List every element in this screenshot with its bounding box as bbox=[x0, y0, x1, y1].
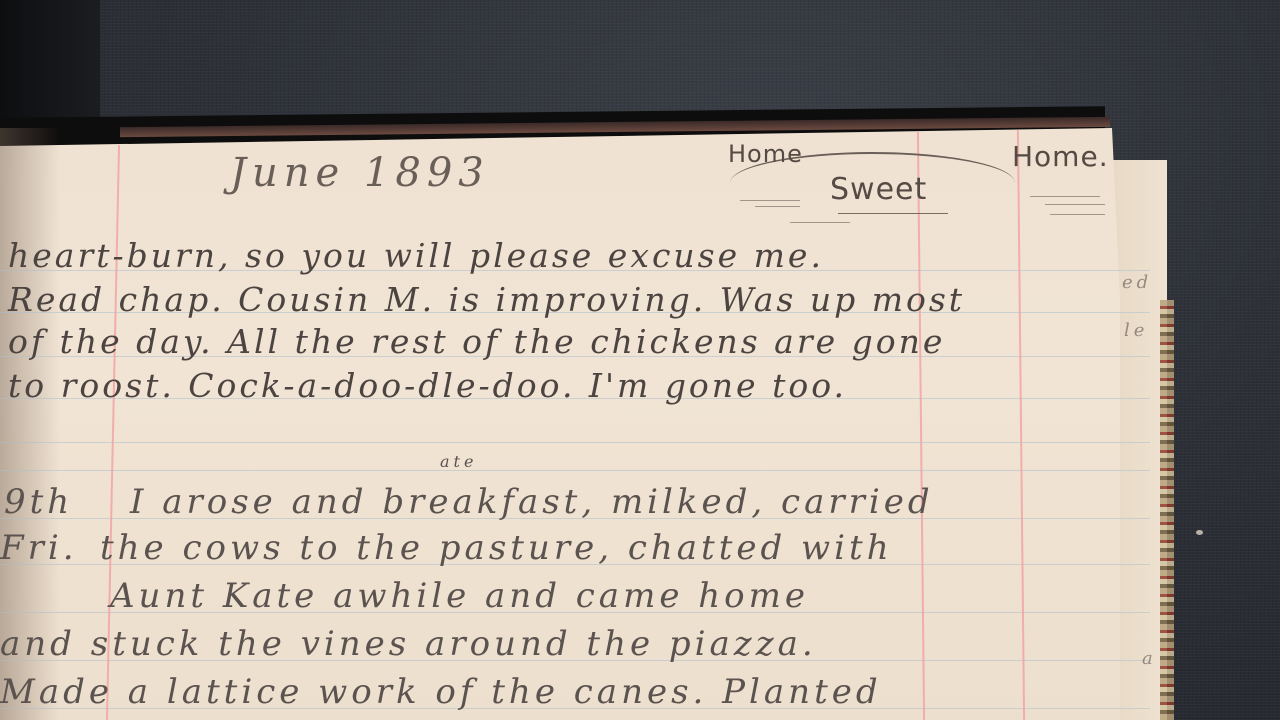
banner-hatching bbox=[790, 222, 850, 223]
diary-line: Read chap. Cousin M. is improving. Was u… bbox=[8, 280, 965, 319]
diary-line: of the day. All the rest of the chickens… bbox=[8, 322, 945, 361]
banner-sweet: Sweet bbox=[830, 172, 927, 207]
ruled-line bbox=[0, 442, 1150, 443]
dust-speck bbox=[1196, 530, 1203, 535]
interlinear-insertion: ate bbox=[440, 452, 477, 471]
facing-page-fragment: le bbox=[1124, 320, 1148, 341]
banner-hatching bbox=[1045, 204, 1105, 205]
diary-line: and stuck the vines around the piazza. bbox=[0, 624, 817, 664]
ruled-line bbox=[0, 470, 1150, 471]
banner-home-right: Home. bbox=[1012, 140, 1109, 173]
banner-hatching bbox=[755, 206, 800, 207]
weekday-label: Fri. bbox=[0, 528, 78, 568]
sweet-underline bbox=[838, 213, 948, 214]
facing-page-fragment: a bbox=[1142, 648, 1157, 669]
diary-line: to roost. Cock-a-doo-dle-doo. I'm gone t… bbox=[8, 366, 847, 405]
banner-hatching bbox=[1050, 214, 1105, 215]
banner-home-left: Home bbox=[728, 140, 803, 168]
facing-page-fragment: ed bbox=[1122, 272, 1152, 293]
entry-date: June 1893 bbox=[230, 150, 490, 196]
marbled-page-edge bbox=[1160, 300, 1174, 720]
diary-line: Aunt Kate awhile and came home bbox=[110, 576, 809, 616]
day-label: 9th bbox=[4, 482, 73, 522]
diary-line: heart-burn, so you will please excuse me… bbox=[8, 236, 824, 275]
diary-line: I arose and breakfast, milked, carried bbox=[130, 482, 934, 522]
diary-line: Made a lattice work of the canes. Plante… bbox=[0, 672, 882, 712]
diary-line: the cows to the pasture, chatted with bbox=[100, 528, 893, 568]
banner-hatching bbox=[740, 200, 800, 201]
banner-hatching bbox=[1030, 196, 1100, 197]
